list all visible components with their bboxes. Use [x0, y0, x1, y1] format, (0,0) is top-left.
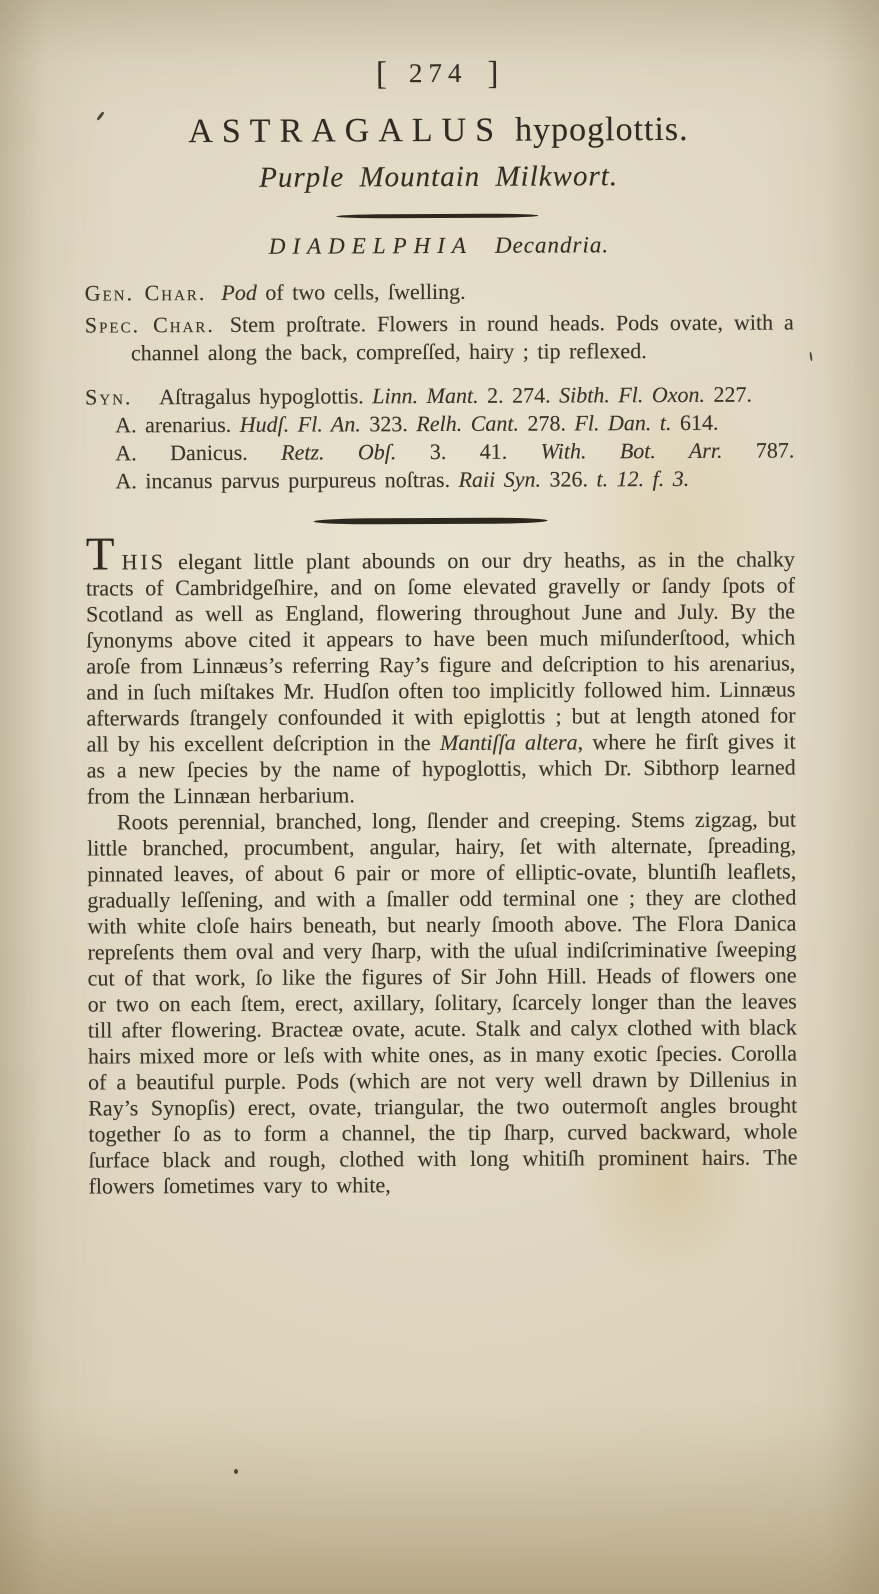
page-number-bracket-left: [ — [376, 56, 389, 92]
page-number: 274 — [409, 58, 468, 88]
class-name: DIADELPHIA — [269, 233, 473, 259]
common-name-subtitle: Purple Mountain Milkwort. — [84, 155, 793, 198]
swelled-rule-thin — [336, 214, 538, 219]
synonyms-block: Syn.Aſtragalus hypoglottis. Linn. Mant. … — [85, 380, 794, 495]
page-number-header: [274] — [84, 52, 793, 94]
order-name: Decandria. — [495, 232, 609, 257]
syn-label: Syn. — [85, 383, 159, 411]
page-number-bracket-right: ] — [487, 56, 500, 92]
description-paragraph-2: Roots perennial, branched, long, ſlender… — [87, 806, 798, 1199]
specific-character-entry: Spec. Char.Stem proſtrate. Flowers in ro… — [85, 308, 794, 367]
book-page-scan: [274] ASTRAGALUShypoglottis. Purple Moun… — [0, 0, 879, 1594]
ink-speck — [234, 1469, 238, 1474]
gen-char-text: Pod of two cells, ſwelling. — [221, 279, 465, 305]
synonym-text: Aſtragalus hypoglottis. Linn. Mant. 2. 2… — [159, 382, 752, 410]
swelled-rule-thick — [313, 518, 547, 525]
synonym-item: Syn.Aſtragalus hypoglottis. Linn. Mant. … — [85, 380, 794, 411]
species-epithet: hypoglottis. — [515, 111, 689, 149]
genus-name: ASTRAGALUS — [188, 112, 503, 150]
paper-stain — [0, 1430, 879, 1594]
lead-word: HIS — [121, 549, 166, 574]
character-entries: Gen. Char.Pod of two cells, ſwelling. Sp… — [85, 276, 795, 495]
paragraph-text: elegant little plant abounds on our dry … — [86, 546, 796, 808]
spec-char-label: Spec. Char. — [85, 312, 215, 338]
synonym-item: A. Danicus. Retz. Obſ. 3. 41. With. Bot.… — [115, 436, 794, 467]
description-paragraph-1: THIS elegant little plant abounds on our… — [86, 538, 796, 809]
linnaean-classification: DIADELPHIADecandria. — [84, 227, 793, 264]
synonym-item: A. arenarius. Hudſ. Fl. An. 323. Relh. C… — [115, 408, 794, 439]
synonym-item: A. incanus parvus purpureus noſtras. Rai… — [115, 464, 794, 495]
spec-char-text: Stem proſtrate. Flowers in round heads. … — [131, 309, 794, 365]
gen-char-label: Gen. Char. — [85, 280, 207, 306]
raised-capital: T — [86, 528, 115, 580]
species-title: ASTRAGALUShypoglottis. — [84, 107, 793, 154]
generic-character-entry: Gen. Char.Pod of two cells, ſwelling. — [85, 276, 794, 307]
page-content: [274] ASTRAGALUShypoglottis. Purple Moun… — [0, 0, 879, 1200]
